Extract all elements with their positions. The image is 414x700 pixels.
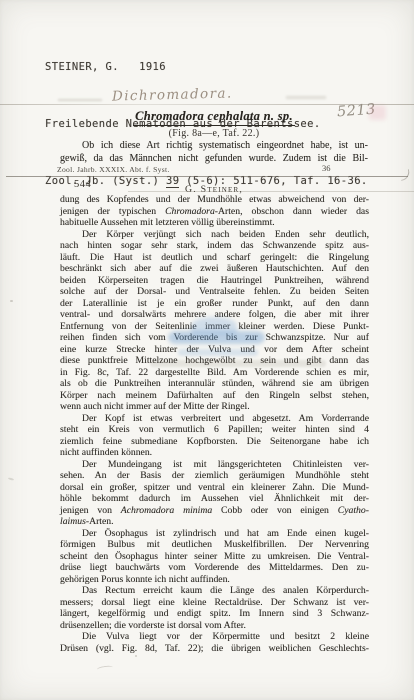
text-line: der Laterallinie ist je ein großer runde…: [60, 298, 369, 310]
text-line: förmigen Bulbus mit deutlichen Muskelfib…: [60, 539, 369, 551]
blue-stamp-icon: [168, 331, 265, 344]
pencil-smudge: [58, 99, 102, 101]
text-line: solche auf der Dorsal- und Ventralseite …: [60, 286, 369, 298]
body-text-block: dung des Kopfendes und der Mundhöhle etw…: [60, 194, 369, 654]
pencil-smudge: [286, 96, 326, 99]
text-line: Der Ösophagus ist zylindrisch und hat am…: [60, 528, 369, 540]
scanned-paper-page: STEINER, G. 1916 Freilebende Nematoden a…: [0, 0, 414, 700]
text-line: Ob ich diese Art richtig systematisch ei…: [60, 139, 368, 152]
scan-artifact-hook: [399, 169, 411, 181]
text-line: Die Vulva liegt vor der Körpermitte und …: [60, 631, 369, 643]
text-line: längert, kegelförmig und endigt spitz. I…: [60, 608, 369, 620]
text-line: beschränkt sich aber auf die zwei äußere…: [60, 263, 369, 275]
text-line: drüsenzellen; die vorderste ist dorsal v…: [60, 620, 369, 632]
text-line: gehörigen Porus konnte ich nicht auffind…: [60, 574, 369, 586]
handwritten-genus-annotation: Dichromadora.: [112, 85, 233, 104]
text-line: Der Körper verjüngt sich nach beiden End…: [60, 229, 369, 241]
text-line: habituelle Aussehen mit letzteren völlig…: [60, 217, 369, 229]
journal-signature: Zool. Jahrb. XXXIX. Abt. f. Syst.: [57, 165, 170, 174]
pink-pencil-smudge: [369, 105, 386, 120]
sheet-number: 36: [322, 163, 331, 173]
text-line: laimus-Arten.: [60, 516, 369, 528]
text-line: nicht auffinden können.: [60, 447, 369, 459]
text-line: Körper nach meinem Dafürhalten auf den R…: [60, 390, 369, 402]
running-head-rule: [128, 191, 414, 192]
text-line: Der Kopf ist etwas verbreitert und abges…: [60, 413, 369, 425]
text-line: läuft. Die Haut ist deutlich und scharf …: [60, 252, 369, 264]
text-line: Der Mundeingang ist mit längsgerichteten…: [60, 459, 369, 471]
text-line: wenn auch nicht immer auf der Mitte der …: [60, 401, 369, 413]
text-line: drüse liegt bauchwärts vom Vorderende de…: [60, 562, 369, 574]
figure-reference-line: (Fig. 8a—e, Taf. 22.): [60, 128, 368, 139]
blue-stamp-text-blur: [178, 349, 258, 356]
text-line: höhle bekommt dadurch im Aussehen viel Ä…: [60, 493, 369, 505]
pencil-mark: [135, 655, 137, 657]
text-line: als ob die Punktreihen interannulär stün…: [60, 378, 369, 390]
text-line: scheint den Ösophagus hinter seiner Mitt…: [60, 551, 369, 563]
species-heading-block: Chromadora cephalata n. sp. (Fig. 8a—e, …: [60, 107, 368, 139]
pencil-mark: [8, 477, 14, 480]
text-line: beiden Körperseiten tragen die Hautringe…: [60, 275, 369, 287]
text-line: steht ein Kreis von vermutlich 6 Papille…: [60, 424, 369, 436]
faint-watermark-line: [150, 360, 326, 367]
clipping-rule-top: [0, 104, 414, 105]
species-title: Chromadora cephalata n. sp.: [133, 109, 295, 126]
text-line: jenigen von Achromadora minima Cobb oder…: [60, 505, 369, 517]
text-line: in Fig. 8c, Taf. 22 dargestellte Bild. A…: [60, 367, 369, 379]
reference-author-line: STEINER, G. 1916: [45, 58, 368, 77]
text-line: jenigen der typischen Chromadora-Arten, …: [60, 206, 369, 218]
text-line: dorsal ein großer, spitzer und ventral e…: [60, 482, 369, 494]
text-line: nach hinten sogar sehr stark, indem das …: [60, 240, 369, 252]
text-line: Das Rectum erreicht kaum die Länge des a…: [60, 585, 369, 597]
text-line: ziemlich feine submediane Kopfborsten. D…: [60, 436, 369, 448]
intro-paragraph: Ob ich diese Art richtig systematisch ei…: [60, 139, 368, 165]
pencil-mark: [10, 300, 13, 302]
text-line: Drüsen (vgl. Fig. 8d, Taf. 22); die übri…: [60, 643, 369, 655]
page-boundary-rule: [6, 176, 408, 177]
text-line: sehen. An der Basis der ziemlich geräumi…: [60, 470, 369, 482]
running-head-page-number: 544: [74, 179, 91, 190]
text-line: dung des Kopfendes und der Mundhöhle etw…: [60, 194, 369, 206]
pencil-smudge: [97, 665, 114, 672]
text-line: messers; dorsal liegt eine kleine Rectal…: [60, 597, 369, 609]
